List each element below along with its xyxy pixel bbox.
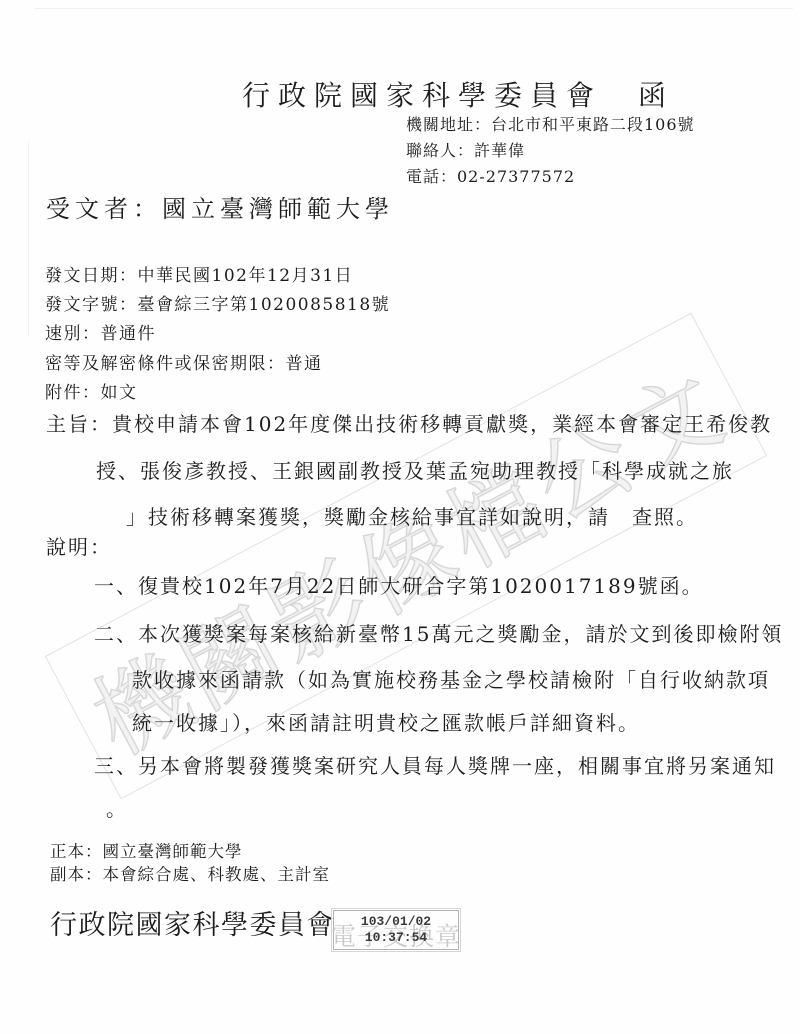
stamp-date: 103/01/02	[334, 914, 458, 930]
issue-date-line: 發文日期：中華民國102年12月31日	[45, 261, 353, 286]
explanation-label: 說明：	[46, 531, 112, 560]
explanation-item-2-line-2: 款收據來函請款（如為實施校務基金之學校請檢附「自行收納款項	[132, 664, 770, 693]
speed-class-line: 速別：普通件	[45, 319, 156, 344]
scan-artifact-left-dotted-line	[28, 140, 29, 335]
document-page: 機關影像檔公文 行政院國家科學委員會 函 機關地址：台北市和平東路二段106號 …	[0, 0, 800, 1034]
agency-phone: 電話：02-27377572	[406, 164, 575, 190]
attachment-line: 附件：如文	[45, 378, 138, 403]
recipient-line: 受文者：國立臺灣師範大學	[46, 189, 394, 224]
explanation-item-3-line-1: 三、另本會將製發獲獎案研究人員每人獎牌一座，相關事宜將另案通知	[94, 750, 776, 779]
subject-line-2: 授、張俊彥教授、王銀國副教授及葉孟宛助理教授「科學成就之旅	[96, 455, 734, 484]
issue-number-line: 發文字號：臺會綜三字第1020085818號	[45, 290, 390, 315]
explanation-item-2-line-3: 統一收據」），來函請註明貴校之匯款帳戶詳細資料。	[132, 707, 640, 736]
subject-line-1: 主旨：貴校申請本會102年度傑出技術移轉貢獻獎，業經本會審定王希俊教	[46, 408, 772, 437]
stamp-time: 10:37:54	[334, 930, 458, 946]
original-copy-line: 正本：國立臺灣師範大學	[50, 838, 243, 862]
document-title: 行政院國家科學委員會 函	[242, 74, 674, 114]
electronic-exchange-stamp: 電子交換章 103/01/02 10:37:54	[333, 910, 459, 950]
explanation-item-3-line-2: 。	[106, 793, 128, 822]
agency-address: 機關地址：台北市和平東路二段106號	[406, 112, 695, 138]
explanation-item-2-line-1: 二、本次獲獎案每案核給新臺幣15萬元之獎勵金，請於文到後即檢附領	[94, 618, 783, 647]
subject-line-3: 」技術移轉案獲獎，獎勵金核給事宜詳如說明，請 查照。	[126, 501, 698, 530]
scan-artifact-top-line	[35, 8, 793, 9]
agency-contact: 聯絡人：許華偉	[406, 138, 525, 164]
carbon-copy-line: 副本：本會綜合處、科教處、主計室	[50, 861, 330, 885]
security-class-line: 密等及解密條件或保密期限：普通	[45, 349, 323, 374]
explanation-item-1: 一、復貴校102年7月22日師大研合字第1020017189號函。	[94, 570, 704, 599]
issuing-org-name: 行政院國家科學委員會	[50, 903, 335, 942]
